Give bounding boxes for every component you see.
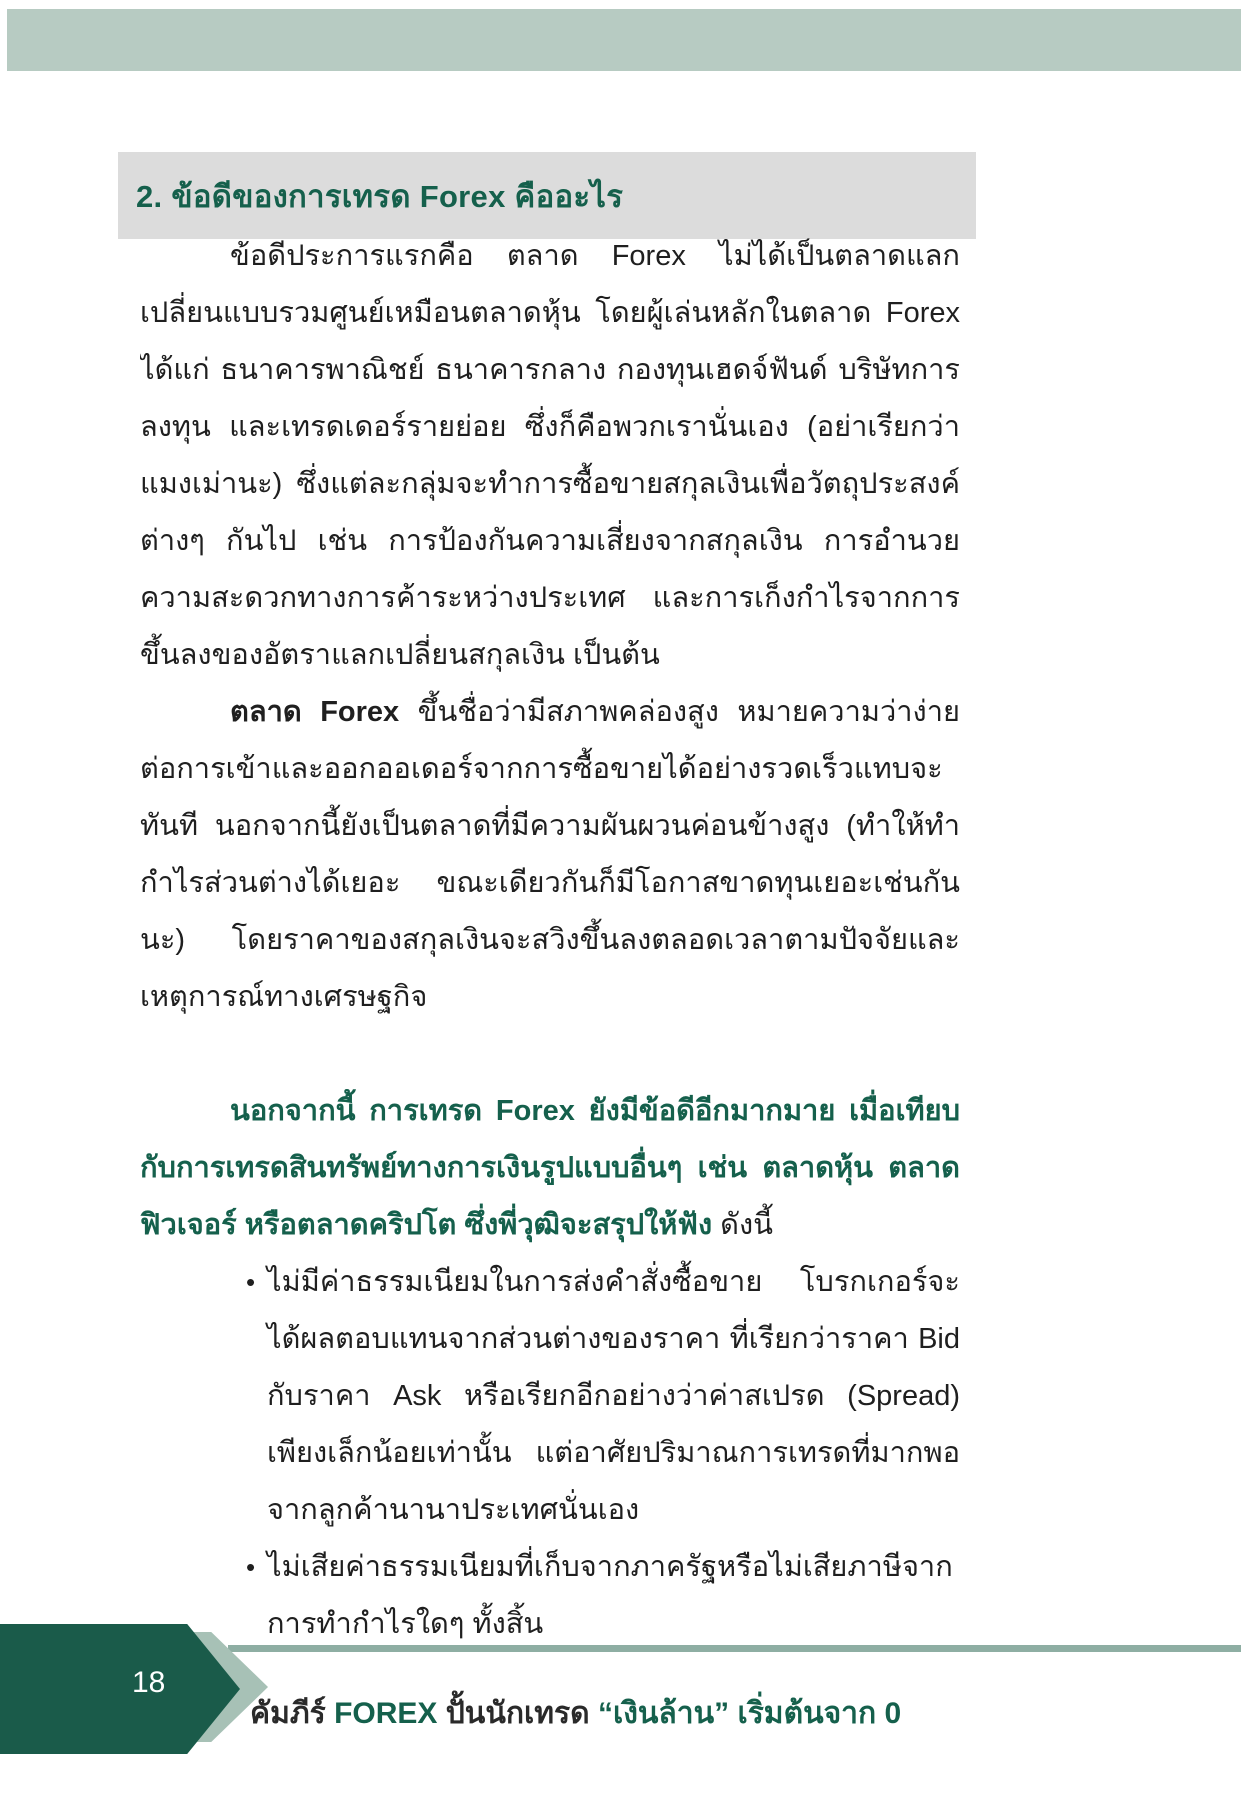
page-number: 18 <box>132 1666 165 1700</box>
bullet-icon: • <box>246 1254 255 1311</box>
book-title-segment: คัมภีร์ <box>250 1697 334 1730</box>
highlight-paragraph: นอกจากนี้ การเทรด Forex ยังมีข้อดีอีกมาก… <box>140 1083 960 1254</box>
text-segment: ดังนี้ <box>720 1209 773 1241</box>
top-decoration-bar <box>7 9 1241 71</box>
text-segment: ข้อดีประการแรกคือ ตลาด Forex ไม่ได้เป็นต… <box>140 240 960 671</box>
book-title-segment: ปั้นนักเทรด <box>446 1697 598 1730</box>
text-segment: ตลาด Forex <box>230 696 418 728</box>
text-segment: ไม่เสียค่าธรรมเนียมที่เก็บจากภาครัฐหรือไ… <box>267 1551 953 1640</box>
page-content: ข้อดีประการแรกคือ ตลาด Forex ไม่ได้เป็นต… <box>140 228 960 1653</box>
section-heading-box: 2. ข้อดีของการเทรด Forex คืออะไร <box>118 152 976 239</box>
body-paragraph: ตลาด Forex ขึ้นชื่อว่ามีสภาพคล่องสูง หมา… <box>140 684 960 1026</box>
bullet-icon: • <box>246 1539 255 1596</box>
book-title-segment: เริ่มต้นจาก 0 <box>737 1697 901 1730</box>
text-segment: ไม่มีค่าธรรมเนียมในการส่งคำสั่งซื้อขาย โ… <box>267 1266 960 1526</box>
bullet-item: •ไม่เสียค่าธรรมเนียมที่เก็บจากภาครัฐหรือ… <box>140 1539 960 1653</box>
body-paragraph: ข้อดีประการแรกคือ ตลาด Forex ไม่ได้เป็นต… <box>140 228 960 684</box>
section-heading: 2. ข้อดีของการเทรด Forex คืออะไร <box>118 171 623 221</box>
text-segment: นอกจากนี้ การเทรด Forex ยังมีข้อดีอีกมาก… <box>140 1095 960 1241</box>
book-title: คัมภีร์ FOREX ปั้นนักเทรด “เงินล้าน” เริ… <box>250 1690 1150 1737</box>
bullet-item: •ไม่มีค่าธรรมเนียมในการส่งคำสั่งซื้อขาย … <box>140 1254 960 1539</box>
text-segment: ขึ้นชื่อว่ามีสภาพคล่องสูง หมายความว่าง่า… <box>140 696 960 1013</box>
footer-rule <box>228 1645 1241 1652</box>
book-title-segment: FOREX <box>334 1697 446 1730</box>
book-title-segment: “เงินล้าน” <box>598 1697 737 1730</box>
